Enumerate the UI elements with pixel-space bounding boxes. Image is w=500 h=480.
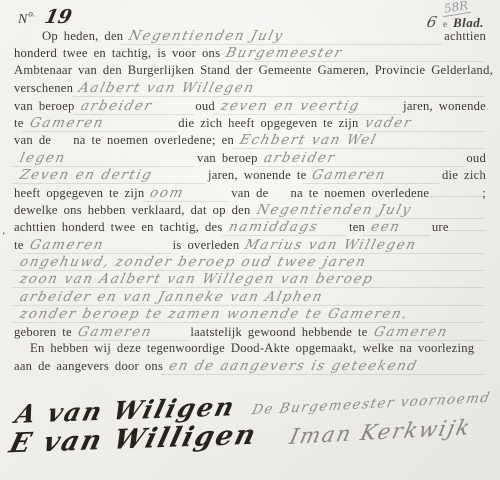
handwritten-text: oom — [142, 185, 233, 202]
printed-text: na te noemen overledene — [290, 186, 429, 201]
handwritten-text: Echbert van Wel — [232, 132, 488, 149]
printed-text: jaren, wonende — [403, 99, 486, 114]
handwritten-text: Negentienden July — [248, 202, 488, 219]
document-line: geboren teGamerenlaatstelijk gewoond heb… — [0, 324, 500, 341]
document-line: van dena te noemen overledene; enEchbert… — [0, 132, 500, 149]
handwritten-text: namiddags — [220, 219, 351, 236]
handwritten-text: zeven en veertig — [213, 98, 405, 115]
scan-artifact: ‘ — [2, 230, 6, 242]
document-line: ongehuwd, zonder beroep oud twee jaren — [0, 254, 500, 271]
printed-text: oud — [466, 151, 486, 166]
official-title-handwritten: De Burgemeester voornoemd — [250, 390, 492, 419]
handwritten-text — [429, 196, 482, 197]
handwritten-text: legen — [12, 150, 199, 167]
act-number: No. 19 — [18, 6, 72, 28]
handwritten-text: Gameren — [70, 324, 193, 341]
handwritten-text: arbeider en van Janneke van Alphen — [12, 289, 488, 306]
printed-text: laatstelijk gewoond hebbende te — [190, 325, 367, 340]
handwritten-text: Zeven en dertig — [12, 167, 210, 184]
document-line: legenvan beroeparbeideroud — [0, 150, 500, 167]
document-line: achttien honderd twee en tachtig, desnam… — [0, 219, 500, 236]
document-line: Zeven en dertigjaren, wonende teGamerend… — [0, 167, 500, 184]
printed-text: dewelke ons hebben verklaard, dat op den — [14, 203, 251, 218]
printed-text: van beroep — [14, 99, 75, 114]
document-line: teGamerenis overledenMarius van Willegen — [0, 237, 500, 254]
printed-text: ; — [482, 186, 486, 201]
printed-text: Ambtenaar van den Burgerlijken Stand der… — [14, 63, 493, 78]
printed-text: En hebben wij deze tegenwoordige Dood-Ak… — [30, 341, 474, 356]
document-line: verschenenAalbert van Willegen — [0, 80, 500, 97]
document-line: En hebben wij deze tegenwoordige Dood-Ak… — [0, 341, 500, 358]
handwritten-text: Gameren — [21, 115, 180, 132]
handwritten-text: Gameren — [304, 167, 444, 184]
printed-text: jaren, wonende te — [208, 168, 306, 183]
handwritten-text: Aalbert van Willegen — [71, 80, 488, 97]
printed-text: heeft opgegeven te zijn — [14, 186, 144, 201]
signature-burgemeester: Iman Kerkwijk — [287, 415, 474, 449]
printed-text: van de — [14, 133, 51, 148]
handwritten-text: vader — [356, 115, 488, 132]
document-line: heeft opgegeven te zijnoomvan dena te no… — [0, 185, 500, 202]
printed-text: achttien honderd twee en tachtig, des — [14, 220, 223, 235]
handwritten-text: ongehuwd, zonder beroep oud twee jaren — [12, 254, 488, 271]
printed-text: die zich — [442, 168, 486, 183]
document-line: Op heden, denNegentienden Julyachttien — [0, 28, 500, 45]
handwritten-text — [449, 230, 487, 231]
handwritten-text: zonder beroep te zamen wonende te Gamere… — [12, 306, 488, 323]
printed-text: achttien — [444, 29, 486, 44]
handwritten-text: zoon van Aalbert van Willegen van beroep — [12, 271, 488, 288]
handwritten-text: arbeider — [72, 98, 197, 115]
document-body: Op heden, denNegentienden Julyachttienho… — [0, 28, 500, 376]
printed-text: is overleden — [173, 238, 240, 253]
document-line: dewelke ons hebben verklaard, dat op den… — [0, 202, 500, 219]
printed-text: ure — [432, 220, 449, 235]
document-line: zonder beroep te zamen wonende te Gamere… — [0, 306, 500, 323]
handwritten-text: Negentienden July — [121, 28, 446, 45]
handwritten-text: Marius van Willegen — [237, 237, 488, 254]
handwritten-text: Gameren — [365, 324, 488, 341]
handwritten-text: Burgemeester — [218, 45, 488, 62]
death-certificate-document: No. 19 58R 6 e Blad. Op heden, denNegent… — [0, 0, 500, 480]
handwritten-text: arbeider — [256, 150, 469, 167]
document-line: honderd twee en tachtig, is voor onsBurg… — [0, 45, 500, 62]
printed-text: Op heden, den — [42, 29, 123, 44]
printed-text: ; en — [212, 133, 234, 148]
printed-text: verschenen — [14, 81, 73, 96]
document-line: zoon van Aalbert van Willegen van beroep — [0, 271, 500, 288]
act-number-value: 19 — [43, 6, 74, 28]
document-line: van beroeparbeideroudzeven en veertigjar… — [0, 98, 500, 115]
printed-text: honderd twee en tachtig, is voor ons — [14, 46, 220, 61]
signature-block: A van Wiligen E van Willigen De Burgemee… — [0, 388, 500, 480]
printed-text: van de — [231, 186, 268, 201]
document-line: aan de aangevers door onsen de aangevers… — [0, 358, 500, 375]
printed-text: geboren te — [14, 325, 72, 340]
handwritten-text: Gameren — [21, 237, 174, 254]
printed-text: oud — [195, 99, 215, 114]
handwritten-text: een — [363, 219, 434, 236]
document-line: arbeider en van Janneke van Alphen — [0, 289, 500, 306]
printed-text: na te noemen overledene — [73, 133, 212, 148]
handwritten-text: en de aangevers is geteekend — [161, 358, 488, 375]
document-line: Ambtenaar van den Burgerlijken Stand der… — [0, 63, 500, 80]
act-number-superscript: o. — [28, 9, 35, 19]
printed-text: aan de aangevers door ons — [14, 359, 163, 374]
act-number-label: N — [18, 12, 28, 27]
document-line: teGamerendie zich heeft opgegeven te zij… — [0, 115, 500, 132]
printed-text: van beroep — [197, 151, 258, 166]
printed-text: die zich heeft opgegeven te zijn — [178, 116, 358, 131]
